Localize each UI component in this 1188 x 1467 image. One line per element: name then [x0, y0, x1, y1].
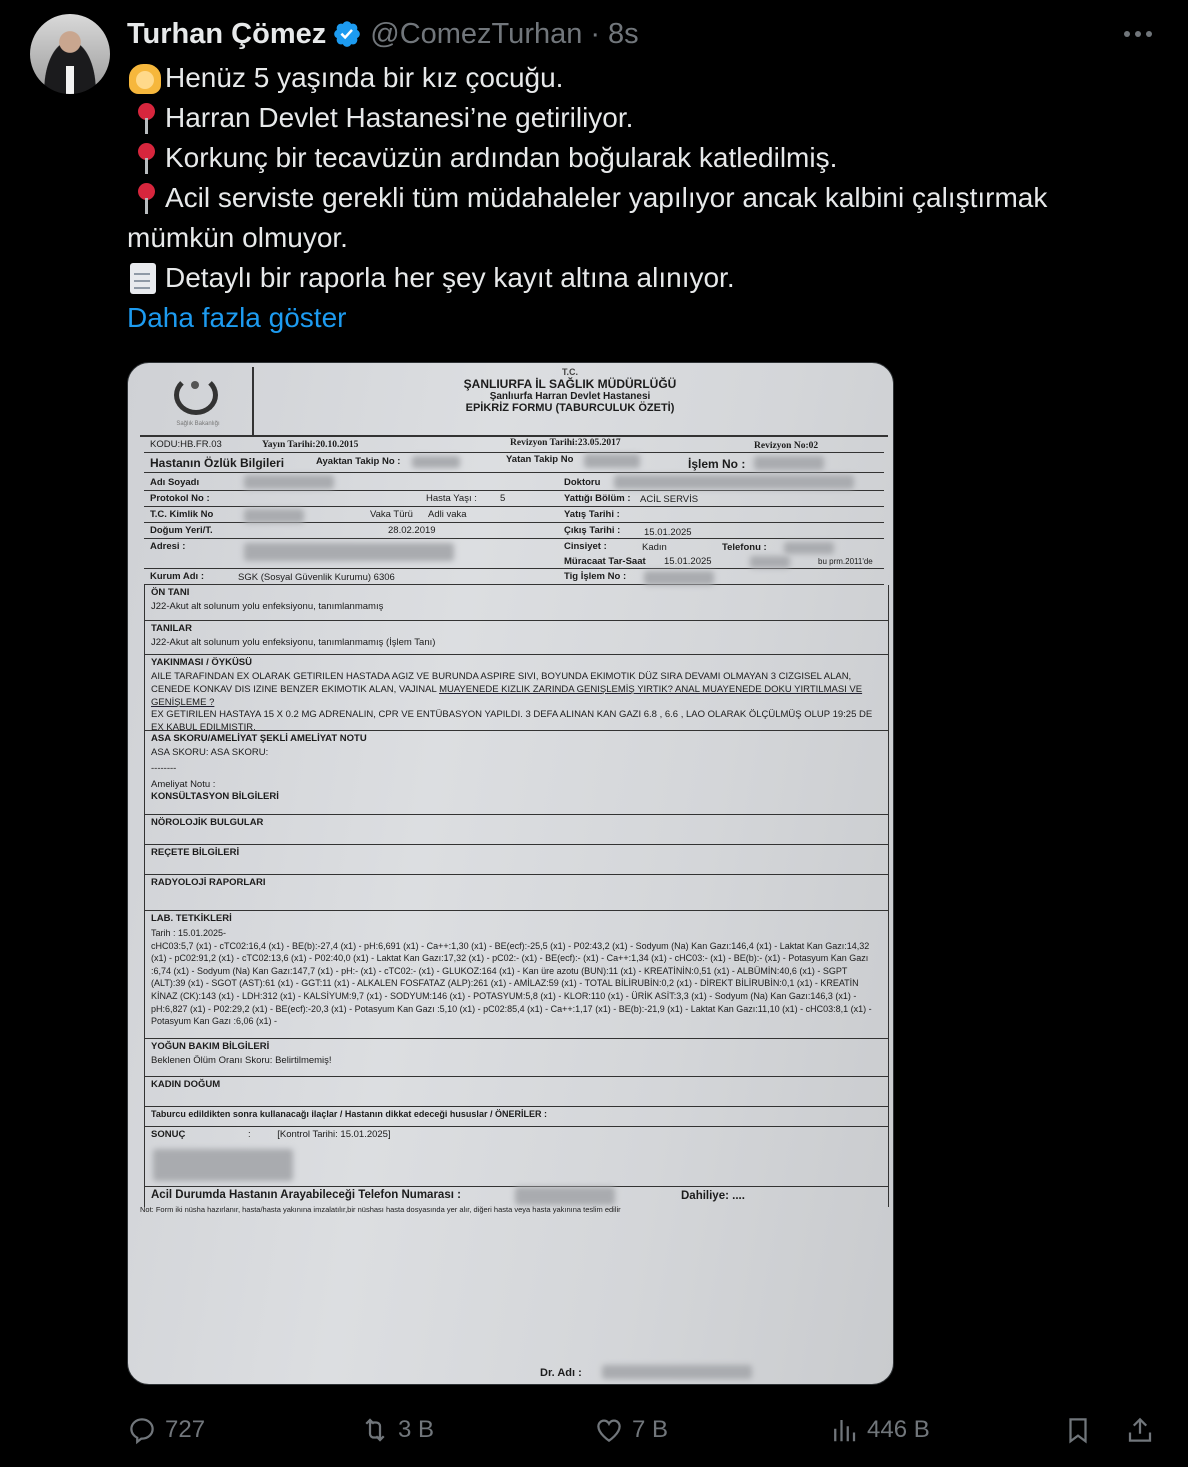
heart-icon	[594, 1415, 624, 1445]
tweet-line: Harran Devlet Hastanesi’ne getiriliyor.	[127, 98, 1157, 138]
separator-dot: ·	[590, 18, 600, 51]
section-on-tani: ÖN TANIJ22-Akut alt solunum yolu enfeksi…	[144, 585, 889, 621]
section-yogun-bakim: YOĞUN BAKIM BİLGİLERİBeklenen Ölüm Oranı…	[144, 1039, 889, 1077]
author-name[interactable]: Turhan Çömez	[127, 18, 326, 51]
tweet-line: Detaylı bir raporla her şey kayıt altına…	[127, 258, 1157, 298]
pushpin-emoji-icon	[127, 180, 165, 216]
reply-icon	[127, 1415, 157, 1445]
pushpin-emoji-icon	[127, 100, 165, 136]
form-header: Sağlık Bakanlığı T.C. ŞANLIURFA İL SAĞLI…	[140, 367, 888, 437]
bookmark-button[interactable]	[1063, 1410, 1093, 1450]
show-more-link[interactable]: Daha fazla göster	[127, 298, 346, 338]
author-avatar[interactable]	[30, 14, 110, 94]
tweet-media-image[interactable]: Sağlık Bakanlığı T.C. ŞANLIURFA İL SAĞLI…	[127, 362, 894, 1385]
section-noroloji: NÖROLOJİK BULGULAR	[144, 815, 889, 845]
repost-icon	[360, 1415, 390, 1445]
ministry-logo: Sağlık Bakanlığı	[144, 367, 254, 437]
form-note: Not: Form iki nüsha hazırlanır, hasta/ha…	[140, 1205, 621, 1214]
tweet-line: Korkunç bir tecavüzün ardından boğularak…	[127, 138, 1157, 178]
section-radyoloji: RADYOLOJİ RAPORLARI	[144, 875, 889, 911]
epikriz-form-document: Sağlık Bakanlığı T.C. ŞANLIURFA İL SAĞLI…	[140, 367, 888, 1377]
views-button[interactable]: 446 B	[829, 1410, 930, 1450]
section-yakinmasi: YAKINMASI / ÖYKÜSÜ AILE TARAFINDAN EX OL…	[144, 655, 889, 731]
like-button[interactable]: 7 B	[594, 1410, 668, 1450]
share-icon	[1125, 1415, 1155, 1445]
like-count: 7 B	[632, 1416, 668, 1444]
section-acil-telefon: Acil Durumda Hastanın Arayabileceği Tele…	[144, 1187, 889, 1207]
tweet-line: Acil serviste gerekli tüm müdahaleler ya…	[127, 178, 1157, 218]
section-tanilar: TANILARJ22-Akut alt solunum yolu enfeksi…	[144, 621, 889, 655]
form-meta-row: KODU:HB.FR.03 Yayın Tarihi:20.10.2015 Re…	[144, 437, 884, 453]
ozluk-row: Hastanın Özlük Bilgileri Ayaktan Takip N…	[144, 453, 884, 473]
section-asa: ASA SKORU/AMELİYAT ŞEKLİ AMELİYAT NOTU A…	[144, 731, 889, 815]
girl-emoji-icon	[127, 60, 165, 96]
tweet-action-bar: 727 3 B 7 B 446 B	[127, 1410, 1162, 1450]
form-titles: T.C. ŞANLIURFA İL SAĞLIK MÜDÜRLÜĞÜ Şanlı…	[260, 367, 880, 414]
section-lab: LAB. TETKİKLERİ Tarih : 15.01.2025- cHC0…	[144, 911, 889, 1039]
author-handle[interactable]: @ComezTurhan	[370, 18, 582, 51]
section-sonuc: SONUÇ : [Kontrol Tarihi: 15.01.2025]	[144, 1127, 889, 1187]
doctor-name-label: Dr. Adı :	[540, 1367, 582, 1379]
repost-count: 3 B	[398, 1416, 434, 1444]
section-kadin-dogum: KADIN DOĞUM	[144, 1077, 889, 1107]
tweet-header: Turhan Çömez @ComezTurhan · 8s	[127, 14, 639, 54]
section-taburcu: Taburcu edildikten sonra kullanacağı ila…	[144, 1107, 889, 1127]
tweet-line: mümkün olmuyor.	[127, 218, 1157, 258]
reply-count: 727	[165, 1416, 205, 1444]
section-recete: REÇETE BİLGİLERİ	[144, 845, 889, 875]
share-button[interactable]	[1125, 1410, 1155, 1450]
pushpin-emoji-icon	[127, 140, 165, 176]
bookmark-icon	[1063, 1415, 1093, 1445]
views-chart-icon	[829, 1415, 859, 1445]
reply-button[interactable]: 727	[127, 1410, 205, 1450]
scroll-emoji-icon	[127, 260, 165, 296]
repost-button[interactable]: 3 B	[360, 1410, 434, 1450]
verified-badge-icon	[332, 19, 362, 49]
timestamp[interactable]: 8s	[608, 18, 639, 51]
tweet-text: Henüz 5 yaşında bir kız çocuğu. Harran D…	[127, 58, 1157, 338]
views-count: 446 B	[867, 1416, 930, 1444]
more-options-icon[interactable]	[1118, 22, 1158, 46]
tweet-line: Henüz 5 yaşında bir kız çocuğu.	[127, 58, 1157, 98]
